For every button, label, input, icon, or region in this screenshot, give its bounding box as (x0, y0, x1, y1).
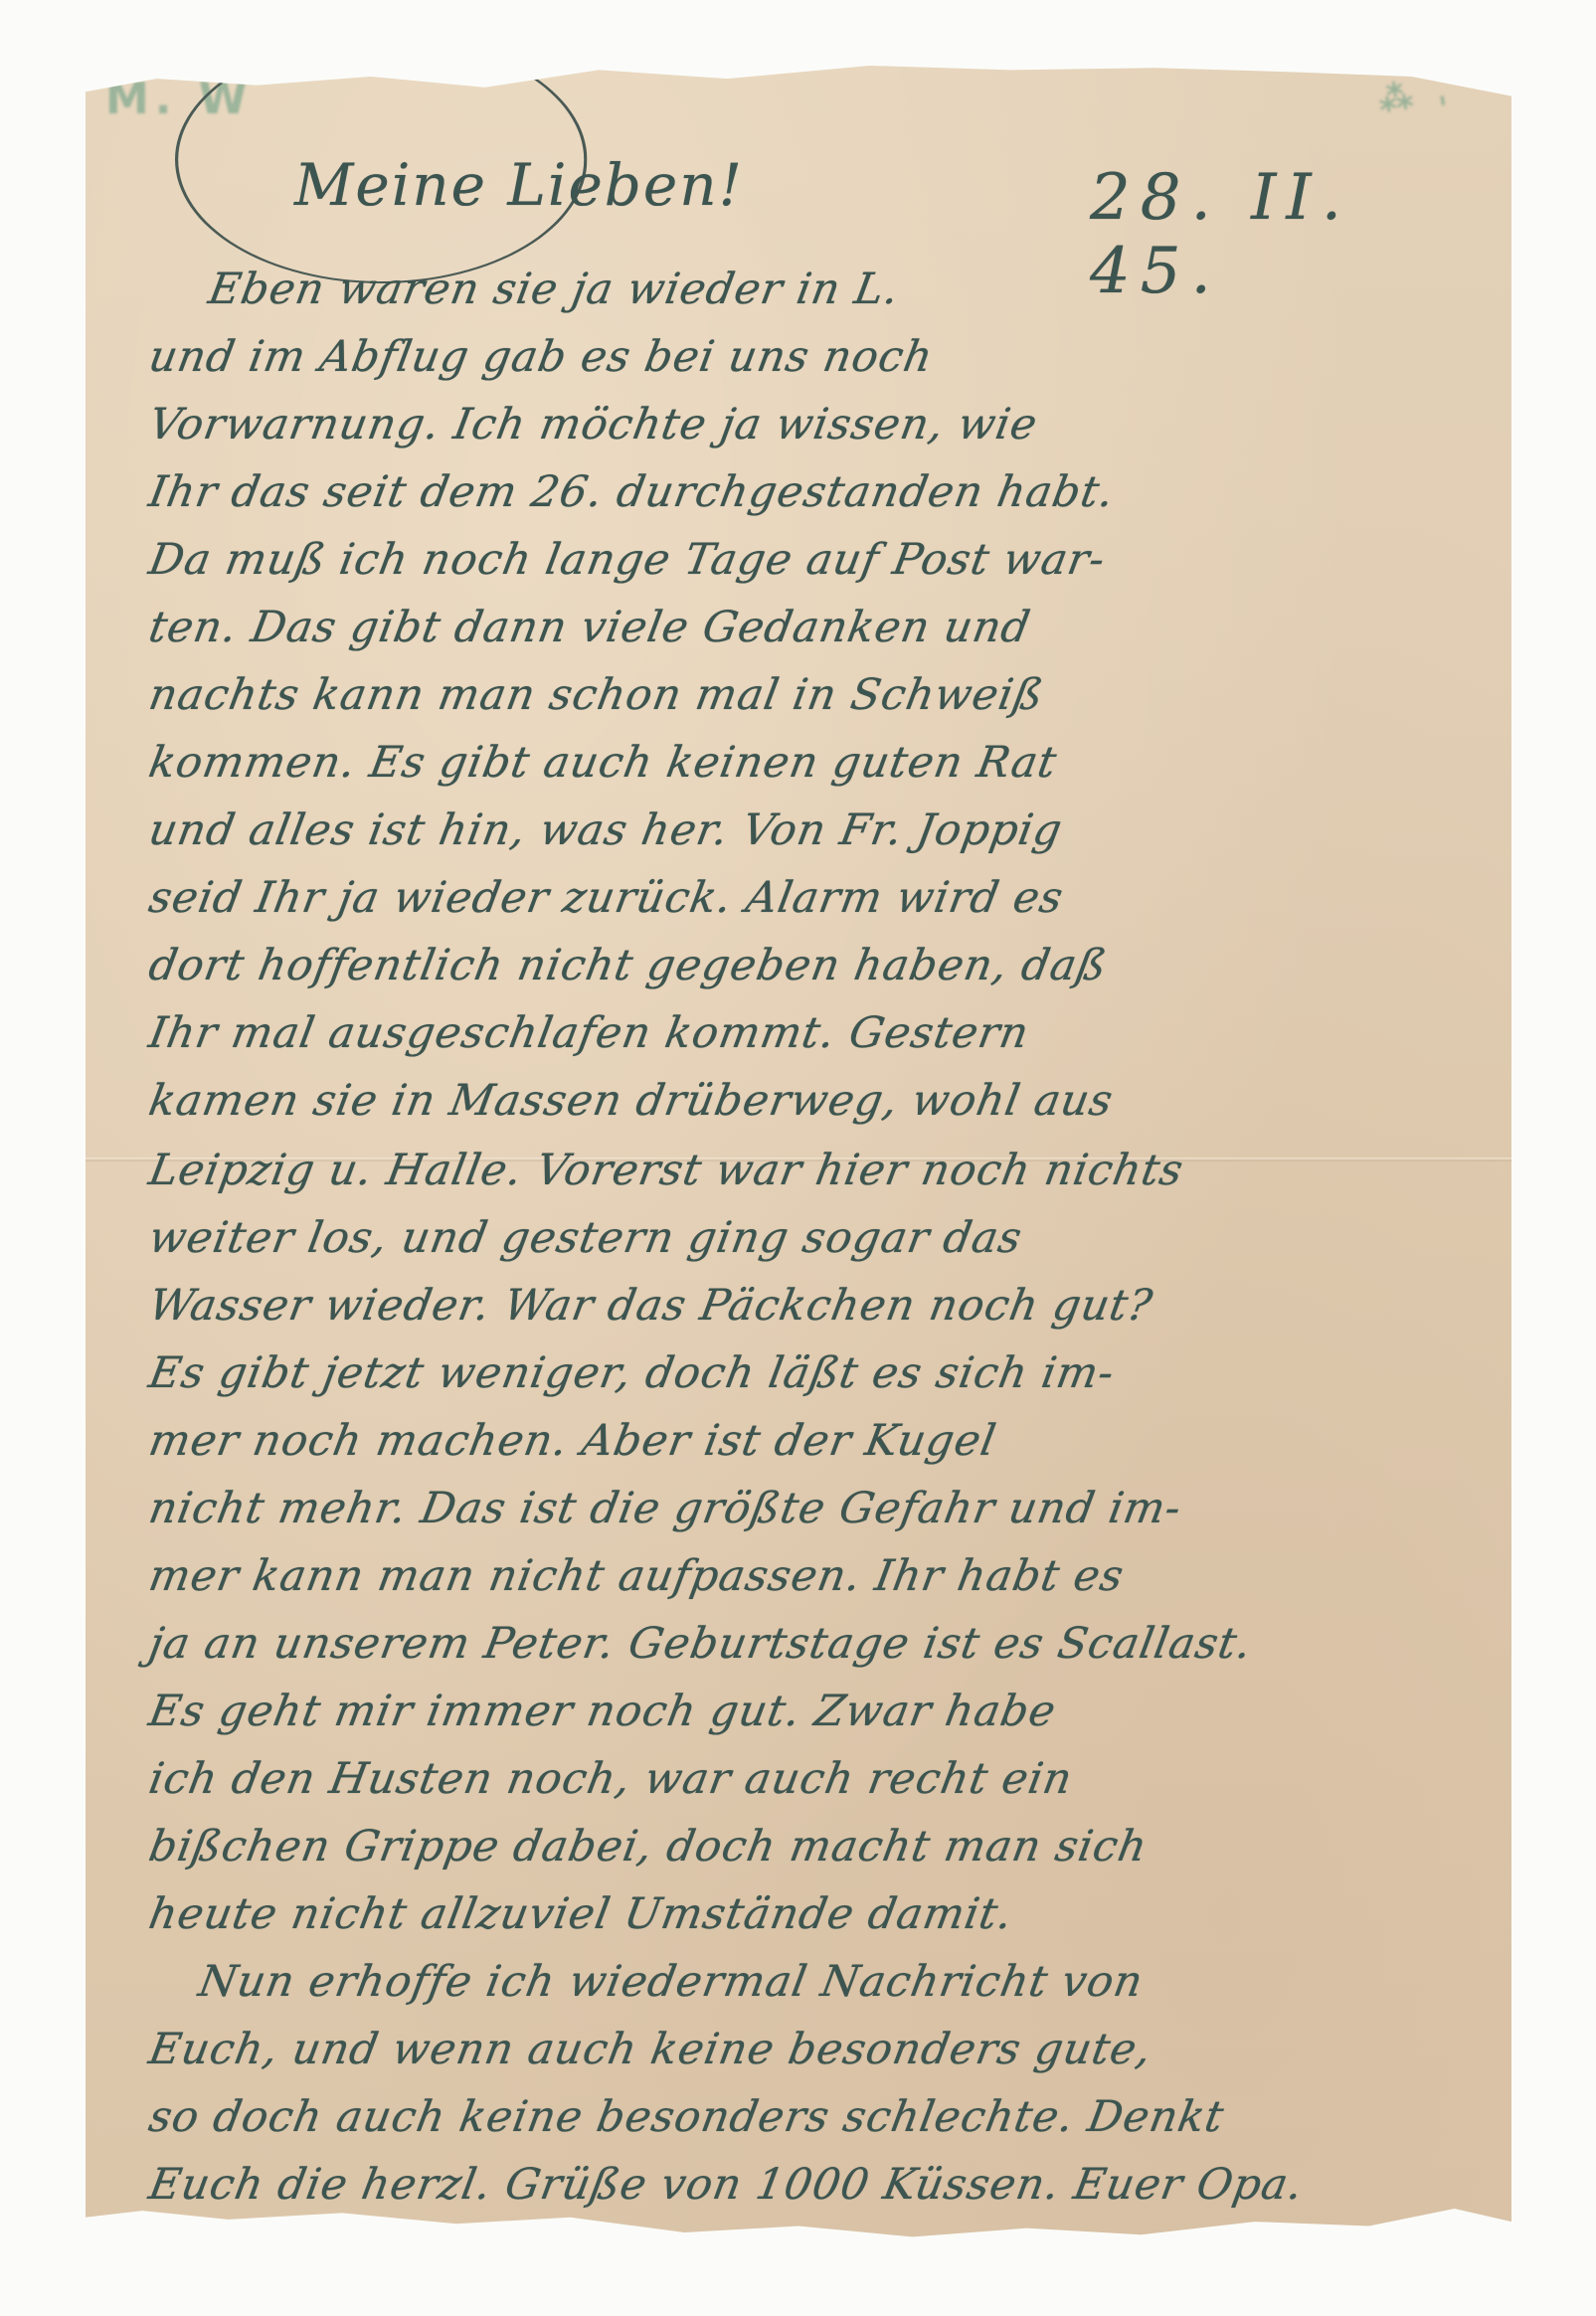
letter-line: Euch, und wenn auch keine besonders gute… (145, 2025, 1155, 2074)
letter-line: Ihr mal ausgeschlafen kommt. Gestern (145, 1008, 1033, 1058)
letter-line: kommen. Es gibt auch keinen guten Rat (145, 738, 1061, 788)
letter-line: nicht mehr. Das ist die größte Gefahr un… (145, 1484, 1185, 1533)
letter-line: Vorwarnung. Ich möchte ja wissen, wie (145, 400, 1041, 449)
letter-line: Da muß ich noch lange Tage auf Post war- (145, 535, 1110, 585)
letter-line: und alles ist hin, was her. Von Fr. Jopp… (145, 805, 1066, 855)
letter-line: weiter los, und gestern ging sogar das (145, 1213, 1026, 1263)
letter-line: so doch auch keine besonders schlechte. … (145, 2092, 1228, 2142)
letter-line: Es geht mir immer noch gut. Zwar habe (145, 1687, 1060, 1736)
letter-line: ich den Husten noch, war auch recht ein (145, 1754, 1076, 1804)
letter-line: nachts kann man schon mal in Schweiß (145, 670, 1047, 720)
letter-line: Leipzig u. Halle. Vorerst war hier noch … (145, 1146, 1187, 1195)
letter-line: mer kann man nicht aufpassen. Ihr habt e… (145, 1551, 1128, 1601)
letter-line: kamen sie in Massen drüberweg, wohl aus (145, 1076, 1117, 1126)
letter-paper: M. W ⁂ ˌ Meine Lieben! 28. II. 45. Eben … (86, 66, 1511, 2243)
letter-line: ja an unserem Peter. Geburtstage ist es … (145, 1619, 1256, 1669)
letter-line: heute nicht allzuviel Umstände damit. (145, 1889, 1017, 1939)
letter-line: ten. Das gibt dann viele Gedanken und (145, 603, 1034, 652)
letter-line: und im Abflug gab es bei uns noch (145, 332, 937, 382)
letter-line: bißchen Grippe dabei, doch macht man sic… (145, 1822, 1152, 1871)
letter-line: Ihr das seit dem 26. durchgestanden habt… (145, 467, 1119, 517)
letter-line: seid Ihr ja wieder zurück. Alarm wird es (145, 873, 1067, 923)
letter-line: Nun erhoffe ich wiedermal Nachricht von (195, 1957, 1148, 2007)
letter-body: Eben waren sie ja wieder in L. und im Ab… (86, 66, 1511, 2243)
letter-line: Wasser wieder. War das Päckchen noch gut… (145, 1281, 1156, 1331)
letter-line: dort hoffentlich nicht gegeben haben, da… (145, 941, 1111, 990)
letter-line: Euch die herzl. Grüße von 1000 Küssen. E… (145, 2160, 1308, 2210)
letter-line: Eben waren sie ja wieder in L. (205, 265, 903, 314)
letter-line: Es gibt jetzt weniger, doch läßt es sich… (145, 1348, 1119, 1398)
letter-line: mer noch machen. Aber ist der Kugel (145, 1416, 1000, 1466)
